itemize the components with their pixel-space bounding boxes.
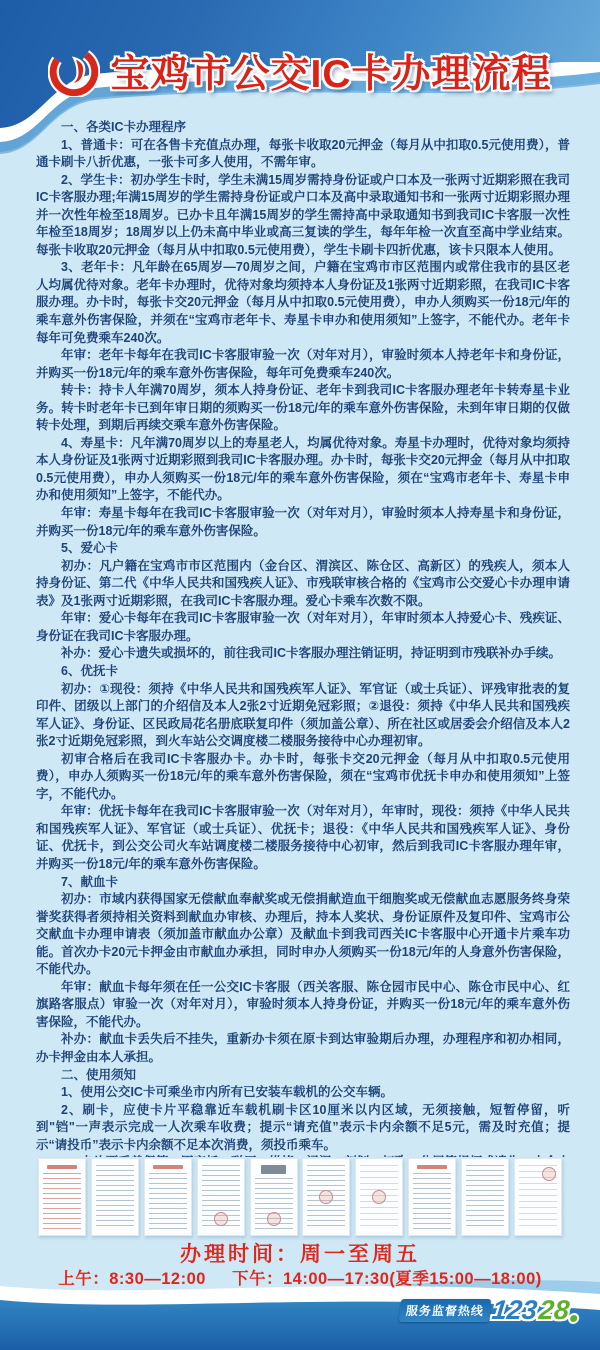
section-heading: 二、使用须知 [36,1067,570,1085]
paragraph: 6、优抚卡 [36,663,570,681]
document-text-lines [149,1173,187,1230]
paragraph: 2、刷卡，应使卡片平稳靠近车载机刷卡区10厘米以内区域，无须接触，短暂停留，听到… [36,1102,570,1155]
office-hours-am: 上午：8:30—12:00 [58,1265,206,1289]
document-thumbnail [91,1158,139,1236]
section-heading: 一、各类IC卡办理程序 [36,119,570,137]
seal-icon [267,1212,281,1226]
seal-icon [214,1212,228,1226]
related-documents-row [38,1158,562,1236]
paragraph: 3、卡片要妥善保管，因弯折、碰压、烘烤、浸湿、刻划、打孔、分层等损坏或遗失，由个… [36,1154,570,1157]
paragraph: 1、普通卡：可在各售卡充值点办理，每张卡收取20元押金（每月从中扣取0.5元使用… [36,137,570,172]
office-hours-pm: 下午：14:00—17:30(夏季15:00—18:00) [232,1265,542,1289]
office-hours-detail: 上午：8:30—12:00 下午：14:00—17:30(夏季15:00—18:… [0,1265,600,1289]
paragraph: 5、爱心卡 [36,540,570,558]
poster: 宝鸡市公交IC卡办理流程 一、各类IC卡办理程序1、普通卡：可在各售卡充值点办理… [0,0,600,1350]
paragraph: 年审：寿星卡每年在我司IC卡客服审验一次（对年对月），审验时须本人持寿星卡和身份… [36,505,570,540]
paragraph: 补办：献血卡丢失后不挂失，重新办卡须在原卡到达审验期后办理，办理程序和初办相同，… [36,1031,570,1066]
document-text-lines [466,1165,504,1230]
paragraph: 1、使用公交IC卡可乘坐市内所有已安装车载机的公交车辆。 [36,1084,570,1102]
document-text-lines [96,1165,134,1230]
office-hours-title: 办理时间：周一至周五 [0,1238,600,1268]
paragraph: 年审：老年卡每年在我司IC卡客服审验一次（对年对月），审验时须本人持老年卡和身份… [36,347,570,382]
document-thumbnail [197,1158,245,1236]
paragraph: 转卡：持卡人年满70周岁，须本人持身份证、老年卡到我司IC卡客服办理老年卡转寿星… [36,382,570,435]
document-text-lines [43,1173,81,1230]
seal-icon [372,1190,386,1204]
seal-icon [319,1190,333,1204]
paragraph: 年审：献血卡每年须在任一公交IC卡客服（西关客服、陈仓园市民中心、陈仓市民中心、… [36,979,570,1032]
paragraph: 补办：爱心卡遗失或损坏的，前往我司IC卡客服办理注销证明，持证明到市残联补办手续… [36,645,570,663]
paragraph: 年审：优抚卡每年在我司IC卡客服审验一次（对年对月），年审时，现役：须持《中华人… [36,803,570,873]
hotline-dot-icon [570,1315,578,1322]
document-thumbnail [355,1158,403,1236]
hotline-number-123: 123 [490,1297,538,1324]
paragraph: 年审：爱心卡每年在我司IC卡客服审验一次（对年对月），年审时须本人持爱心卡、残疾… [36,610,570,645]
poster-body-text: 一、各类IC卡办理程序1、普通卡：可在各售卡充值点办理，每张卡收取20元押金（每… [36,119,570,1157]
paragraph: 初办：①现役：须持《中华人民共和国残疾军人证》、军官证（或士兵证）、评残审批表的… [36,681,570,751]
document-thumbnail [514,1158,562,1236]
paragraph: 初办：市域内获得国家无偿献血奉献奖或无偿捐献造血干细胞奖或无偿献血志愿服务终身荣… [36,891,570,979]
document-title-line [261,1165,286,1174]
service-hotline: 服务监督热线 123 28 [398,1297,579,1324]
document-title-line [47,1165,77,1169]
document-title-line [153,1165,183,1169]
hotline-number-28: 28 [538,1297,571,1324]
document-thumbnail [461,1158,509,1236]
poster-title: 宝鸡市公交IC卡办理流程 [110,43,551,99]
paragraph: 初审合格后在我司IC卡客服办卡。办卡时，每张卡交20元押金（每月从中扣取0.5元… [36,751,570,804]
paragraph: 初办：凡户籍在宝鸡市市区范围内（金台区、渭滨区、陈仓区、高新区）的残疾人，须本人… [36,558,570,611]
document-thumbnail [408,1158,456,1236]
document-thumbnail [302,1158,350,1236]
seal-icon [542,1167,556,1181]
paragraph: 3、老年卡：凡年龄在65周岁—70周岁之间，户籍在宝鸡市市区范围内或常住我市的县… [36,259,570,347]
document-title-line [417,1165,447,1169]
paragraph: 2、学生卡：初办学生卡时，学生未满15周岁需持身份证或户口本及一张两寸近期彩照在… [36,172,570,260]
paragraph: 4、寿星卡：凡年满70周岁以上的寿星老人，均属优待对象。寿星卡办理时，优待对象均… [36,435,570,505]
paragraph: 7、献血卡 [36,874,570,892]
document-text-lines [413,1173,451,1230]
bus-company-logo-icon [48,45,100,97]
hotline-label: 服务监督热线 [399,1299,491,1322]
document-thumbnail [144,1158,192,1236]
document-thumbnail [38,1158,86,1236]
header-row: 宝鸡市公交IC卡办理流程 [0,40,600,102]
document-thumbnail [250,1158,298,1236]
